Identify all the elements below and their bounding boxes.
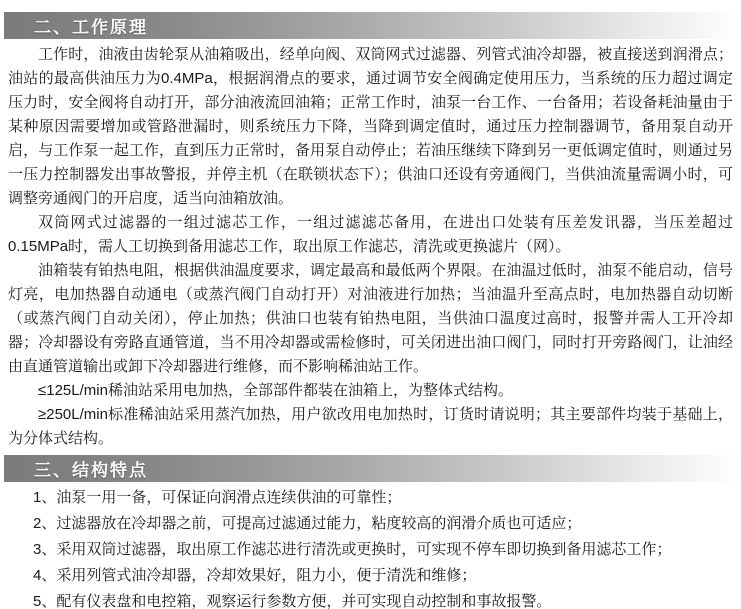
working-principle-body: 工作时，油液由齿轮泵从油箱吸出，经单向阀、双筒网式过滤器、列管式油冷却器，被直接… <box>0 39 741 451</box>
section-header-working-principle: 二、工作原理 <box>4 12 741 39</box>
section-heading-working-principle: 二、工作原理 <box>4 13 148 38</box>
document-page: 二、工作原理 工作时，油液由齿轮泵从油箱吸出，经单向阀、双筒网式过滤器、列管式油… <box>0 0 741 609</box>
paragraph-integral-structure: ≤125L/min稀油站采用电加热，全部部件都装在油箱上，为整体式结构。 <box>8 379 733 403</box>
paragraph-temperature-control: 油箱装有铂热电阻，根据供油温度要求，调定最高和最低两个界限。在油温过低时，油泵不… <box>8 259 733 379</box>
paragraph-oil-flow: 工作时，油液由齿轮泵从油箱吸出，经单向阀、双筒网式过滤器、列管式油冷却器，被直接… <box>8 43 733 211</box>
feature-item-pump-backup: 1、油泵一用一备，可保证向润滑点连续供油的可靠性； <box>33 485 733 511</box>
section-heading-structural-features: 三、结构特点 <box>4 456 148 481</box>
paragraph-filter-operation: 双筒网式过滤器的一组过滤芯工作，一组过滤滤芯备用，在进出口处装有压差发讯器，当压… <box>8 211 733 259</box>
feature-item-tube-cooler: 4、采用列管式油冷却器，冷却效果好，阻力小，便于清洗和维修； <box>33 563 733 589</box>
section-header-structural-features: 三、结构特点 <box>4 455 741 482</box>
paragraph-split-structure: ≥250L/min标准稀油站采用蒸汽加热，用户欲改用电加热时，订货时请说明；其主… <box>8 403 733 451</box>
structural-features-list: 1、油泵一用一备，可保证向润滑点连续供油的可靠性； 2、过滤器放在冷却器之前，可… <box>0 482 741 609</box>
feature-item-duplex-filter: 3、采用双筒过滤器，取出原工作滤芯进行清洗或更换时，可实现不停车即切换到备用滤芯… <box>33 537 733 563</box>
feature-item-instrument-panel: 5、配有仪表盘和电控箱，观察运行参数方便，并可实现自动控制和事故报警。 <box>33 589 733 609</box>
structural-features-section: 三、结构特点 1、油泵一用一备，可保证向润滑点连续供油的可靠性； 2、过滤器放在… <box>0 455 741 609</box>
feature-item-filter-position: 2、过滤器放在冷却器之前，可提高过滤通过能力，粘度较高的润滑介质也可适应； <box>33 511 733 537</box>
